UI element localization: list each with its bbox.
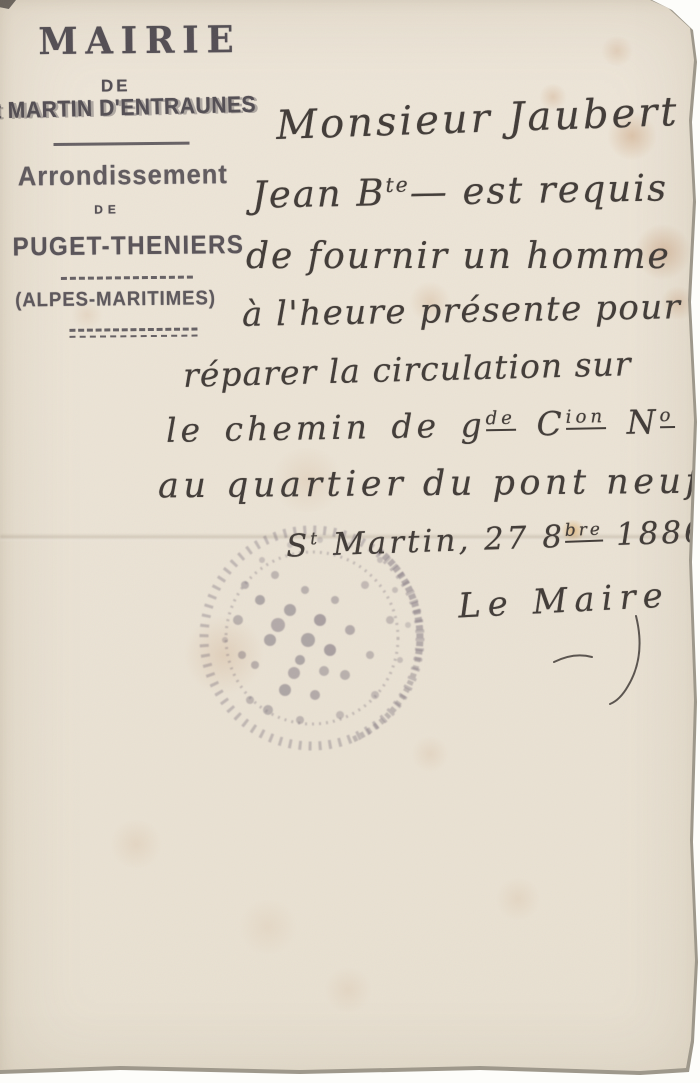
superscript: ion [566,406,607,430]
letterhead-stamp: MAIRIE DE St MARTIN D'ENTRAUNES Arrondis… [0,0,300,2]
handwriting-line: de fournir un homme [246,236,671,277]
text-segment: le chemin de g [166,405,486,450]
scanned-document: MAIRIE DE St MARTIN D'ENTRAUNES Arrondis… [0,0,700,1083]
letterhead-de-small: DE [94,202,121,216]
letterhead-department: (ALPES-MARITIMES) [15,287,216,312]
paper-sheet: MAIRIE DE St MARTIN D'ENTRAUNES Arrondis… [0,0,700,1083]
text-segment: S [286,528,311,565]
corner-ink-mark [0,0,16,9]
text-segment: Martin, 27 8 [320,519,566,564]
handwriting-line-name: Jean Bte— est requis [252,166,669,216]
foxing-stain [494,878,542,920]
superscript: te [385,173,410,197]
text-segment: — est requis [409,166,668,213]
handwriting-line-road: le chemin de gde Cion No 6 [166,401,700,450]
superscript: de [485,408,516,432]
foxing-stain [236,900,300,954]
text-segment: N [606,402,660,442]
handwriting-line: à l'heure présente pour [242,287,682,335]
signature-flourish-icon [540,610,660,720]
text-segment: C [516,404,566,444]
letterhead-dashed-rule [61,276,193,280]
letterhead-commune: St MARTIN D'ENTRAUNES [0,91,256,125]
handwriting-line: au quartier du pont neuf [158,462,700,507]
foxing-stain [322,968,374,1012]
superscript: o [659,405,674,428]
foxing-stain [182,616,266,694]
letterhead-arrondissement-name: PUGET-THENIERS [12,229,244,262]
text-segment: Jean B [252,171,386,216]
letterhead-arrondissement-label: Arrondissement [18,159,228,192]
signature-title: Le Maire [457,575,671,626]
superscript: bre [564,519,603,542]
handwriting-line-salutation: Monsieur Jaubert [275,89,680,149]
text-segment: 1886. [603,513,700,553]
handwriting-line: réparer la circulation sur [183,344,632,395]
foxing-stain [410,736,450,772]
foxing-stain [600,36,634,66]
foxing-stain [108,820,164,868]
letterhead-double-dashed-rule [69,328,197,338]
letterhead-rule [53,142,189,146]
letterhead-title: MAIRIE [38,17,241,63]
handwriting-dateline: St Martin, 27 8bre 1886. [286,513,700,564]
